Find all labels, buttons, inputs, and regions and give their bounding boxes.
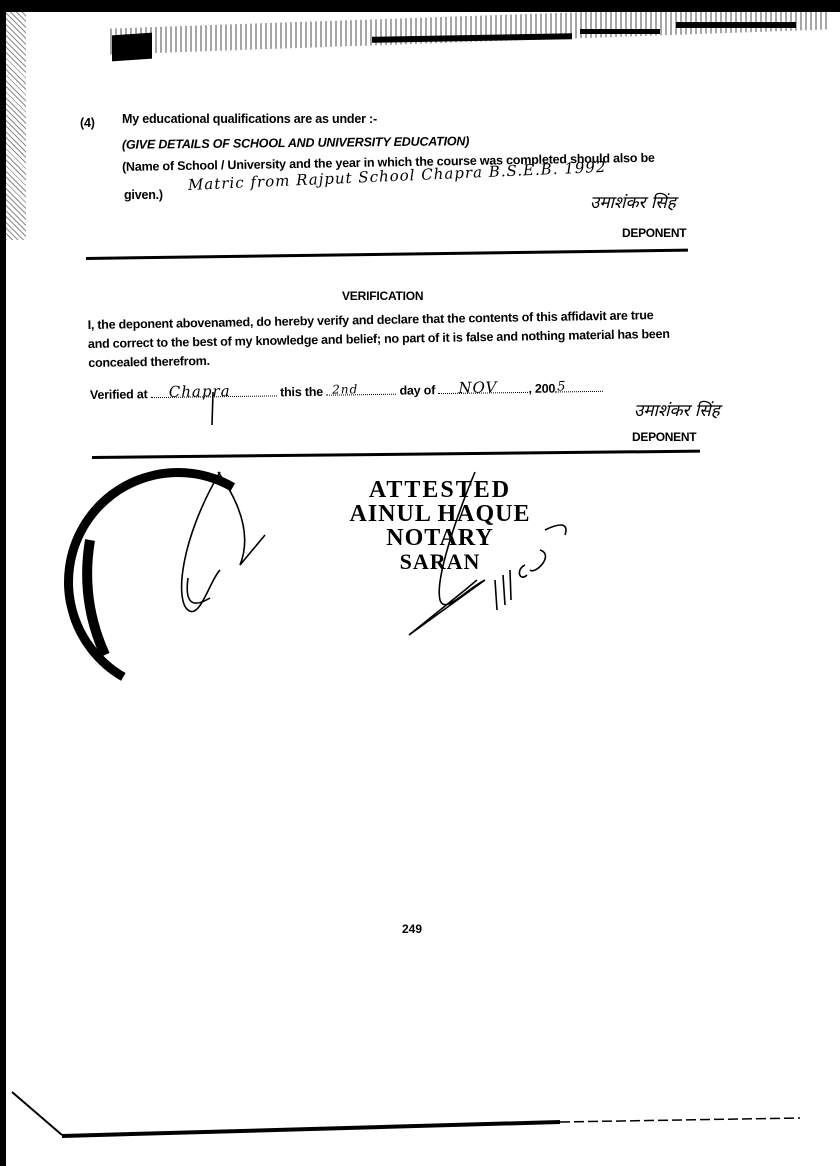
day-value: 2nd [332, 382, 358, 396]
day-of-label: day of [399, 383, 435, 397]
qualifications-instruction: (GIVE DETAILS OF SCHOOL AND UNIVERSITY E… [122, 134, 469, 152]
page-bottom-edge [0, 1080, 840, 1166]
section-number: (4) [80, 116, 95, 130]
verified-at-row: Verified at Chapra this the 2nd day of N… [90, 381, 603, 402]
month-value: NOV [458, 378, 497, 397]
verified-at-value: Chapra [169, 382, 231, 401]
handwriting-stroke [208, 392, 218, 426]
year-field: 5 [555, 391, 603, 393]
year-prefix: 200 [535, 382, 555, 396]
notary-signature [395, 470, 575, 640]
scan-bar [580, 29, 660, 34]
seal-signature-scribble [60, 460, 290, 690]
section-divider [86, 249, 688, 260]
scan-bar [676, 22, 796, 28]
year-suffix: 5 [557, 379, 566, 394]
scan-noise [6, 0, 26, 240]
scan-blot [112, 33, 152, 62]
this-the-label: this the [280, 385, 323, 400]
verification-deponent-label: DEPONENT [632, 430, 696, 444]
verified-at-label: Verified at [90, 387, 148, 402]
qualifications-note-line2: given.) [124, 188, 163, 202]
verification-divider [92, 450, 700, 459]
page-number: 249 [402, 922, 422, 936]
qualifications-intro: My educational qualifications are as und… [122, 112, 377, 126]
verification-signature: उमाशंकर सिंह [634, 398, 720, 421]
verification-paragraph: I, the deponent abovenamed, do hereby ve… [88, 306, 671, 373]
month-field: NOV [438, 392, 528, 394]
day-field: 2nd [326, 394, 396, 396]
verification-heading: VERIFICATION [342, 289, 423, 303]
deponent-signature: उमाशंकर सिंह [590, 190, 676, 213]
deponent-label: DEPONENT [622, 226, 686, 240]
